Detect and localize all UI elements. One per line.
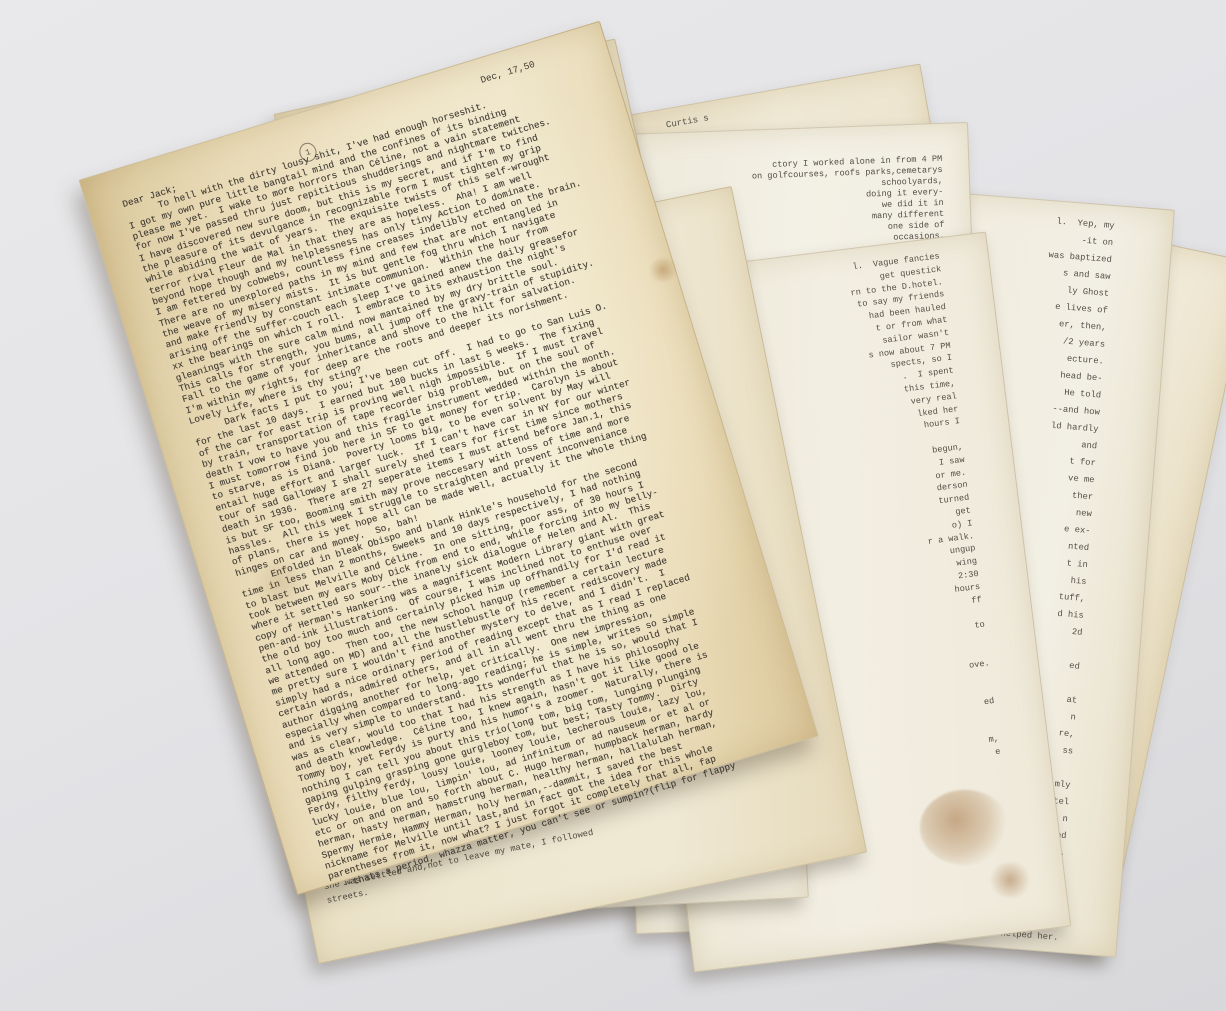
typed-fragment-column: l. Vague fanciesget questickrn to the D.… (847, 250, 1002, 769)
photo-background: f, andils.. Thewn andherryl, B.her,I fel… (0, 0, 1226, 1011)
